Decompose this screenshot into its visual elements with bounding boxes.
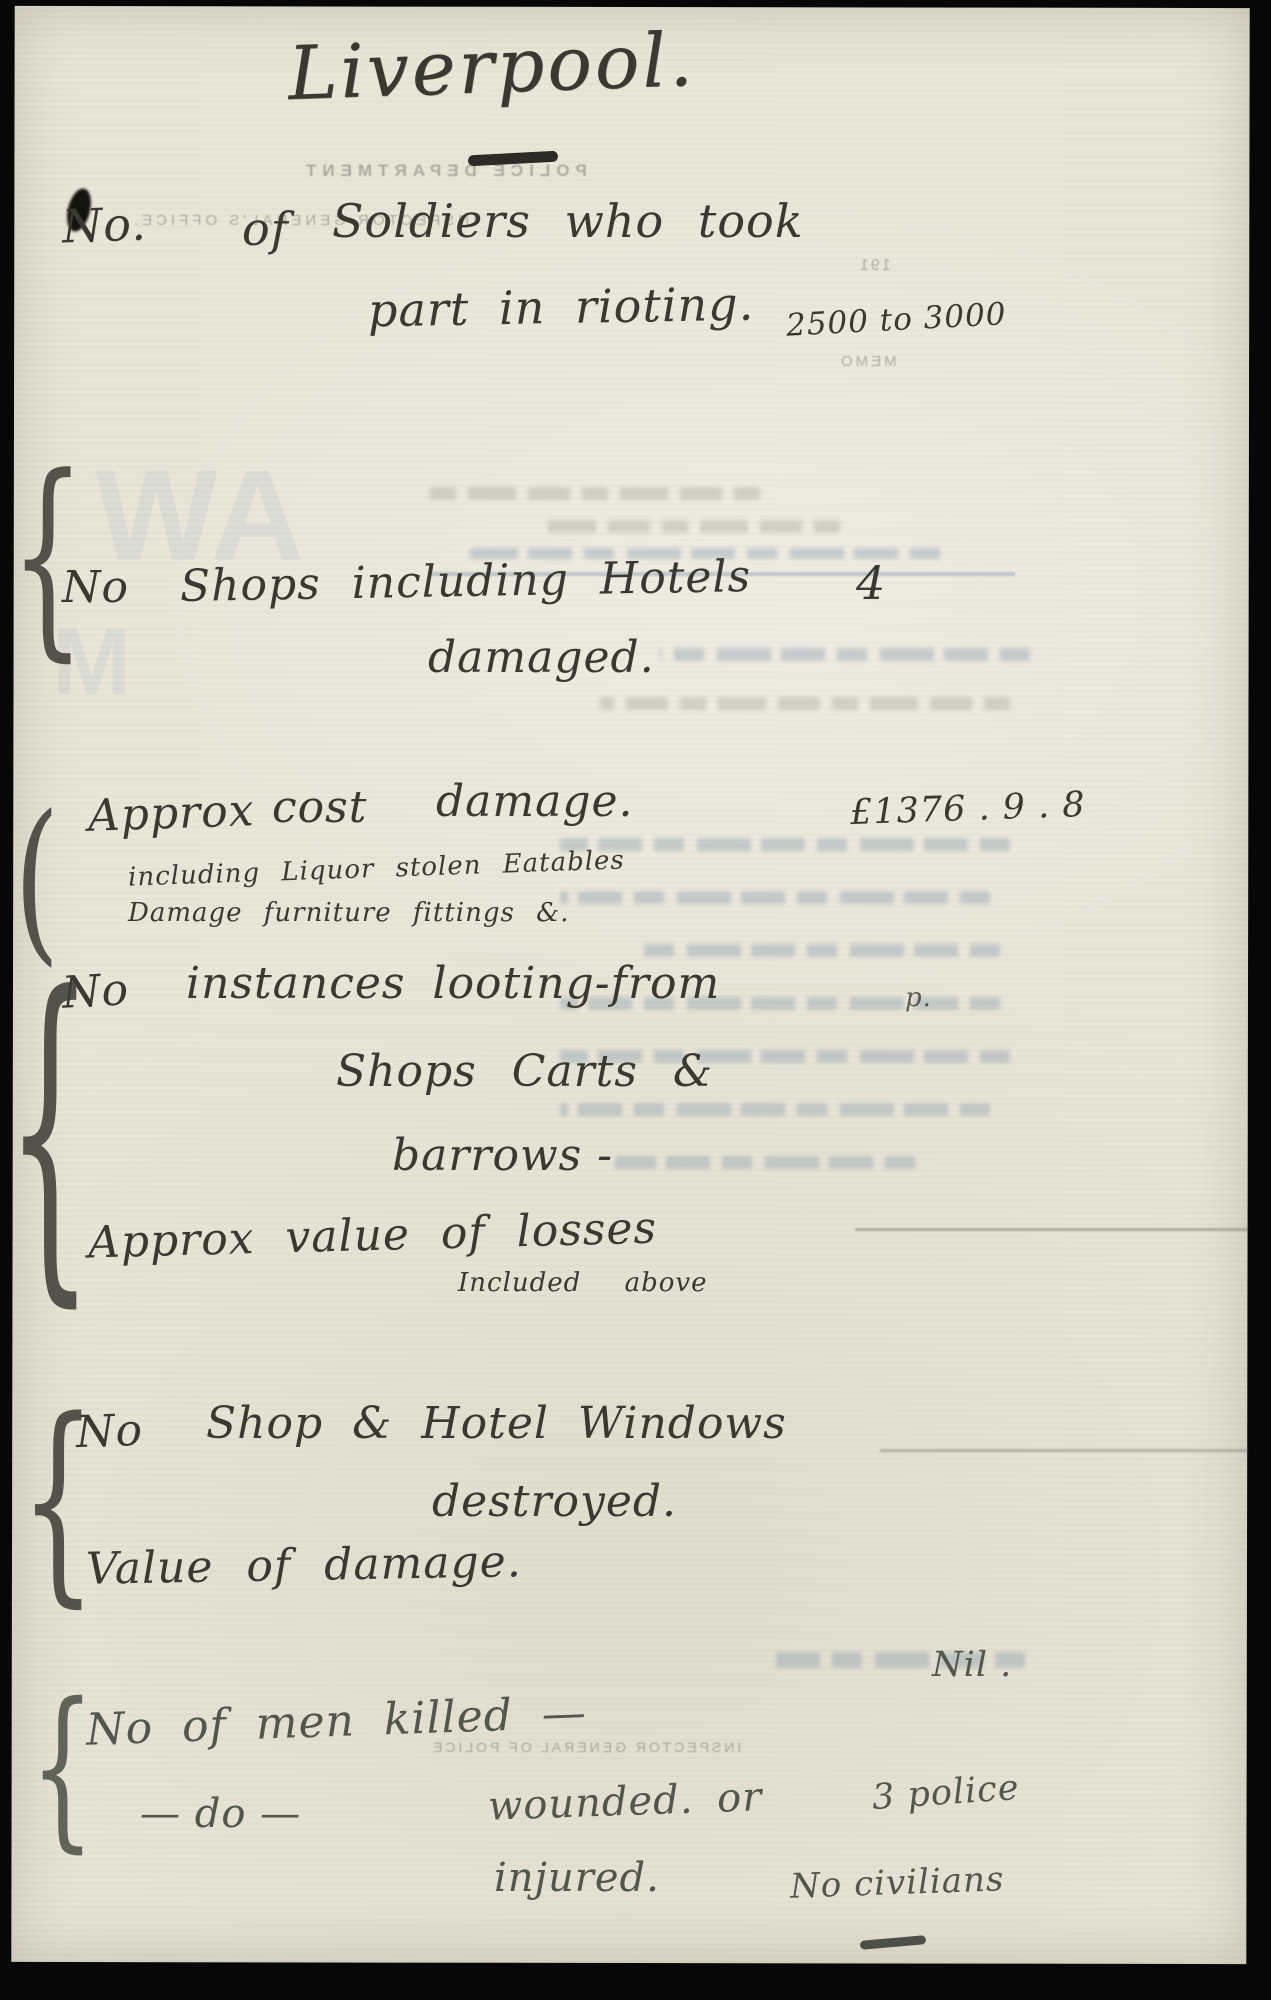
bleedthrough-rule <box>880 1449 1248 1452</box>
looting-line2: Shops Carts & <box>336 1050 713 1094</box>
cost-word1: Approx <box>87 789 255 839</box>
bleedthrough-typed-line <box>640 944 1000 957</box>
soldiers-of: of <box>242 206 289 252</box>
shops-rest: Shops including Hotels <box>180 555 752 609</box>
bleedthrough-typed-line <box>560 838 1010 851</box>
bleedthrough-typed-line <box>560 891 990 904</box>
bleedthrough-typed-line <box>600 697 1010 710</box>
bleedthrough-typed-line <box>430 487 760 500</box>
shops-value: 4 <box>856 560 886 606</box>
cost-note2: Damage furniture fittings &. <box>128 900 569 926</box>
looting-line3: barrows - <box>392 1134 613 1178</box>
wounded-line2: injured. <box>494 1858 660 1898</box>
soldiers-line2: part in rioting. <box>368 281 755 334</box>
wounded-value2: No civilians <box>789 1862 1004 1903</box>
bleedthrough-typed-line <box>560 1103 990 1116</box>
soldiers-rest: Soldiers who took <box>332 198 804 244</box>
shops-no: No <box>62 566 129 610</box>
bleedthrough-police-department: POLICE DEPARTMENT <box>300 162 587 179</box>
bleedthrough-typed-line <box>540 520 840 533</box>
bleedthrough-rule <box>855 1228 1248 1231</box>
soldiers-no: No. <box>61 201 147 250</box>
section-brace <box>10 448 85 663</box>
bleedthrough-typed-line <box>615 1156 915 1169</box>
looting-rest: instances looting-from <box>186 962 720 1006</box>
page-title: Liverpool. <box>287 23 697 111</box>
cost-value: £1376 . 9 . 8 <box>849 788 1086 831</box>
looting-no: No <box>61 968 130 1015</box>
wounded-rest: wounded. or <box>487 1777 763 1827</box>
wounded-value1: 3 police <box>871 1771 1021 1816</box>
windows-rest: Shop & Hotel Windows <box>206 1402 787 1446</box>
windows-line2: destroyed. <box>432 1480 677 1524</box>
shops-line2: damaged. <box>428 636 655 680</box>
damage-value-line: Value of damage. <box>86 1540 522 1592</box>
cost-word3: damage. <box>436 780 634 824</box>
windows-no: No <box>75 1409 143 1455</box>
bleedthrough-year: 191 <box>858 258 891 274</box>
photo-backdrop: { "document": { "title": "Liverpool.", "… <box>0 0 1271 2000</box>
losses-note: Included above <box>458 1270 707 1296</box>
bleedthrough-memo: MEMO <box>838 354 897 369</box>
bleedthrough-typed-line <box>660 648 1030 661</box>
looting-mark: p. <box>905 985 932 1011</box>
cost-word2: cost <box>272 786 367 830</box>
killed-value: Nil . <box>932 1648 1012 1683</box>
wounded-do: — do — <box>140 1794 301 1834</box>
